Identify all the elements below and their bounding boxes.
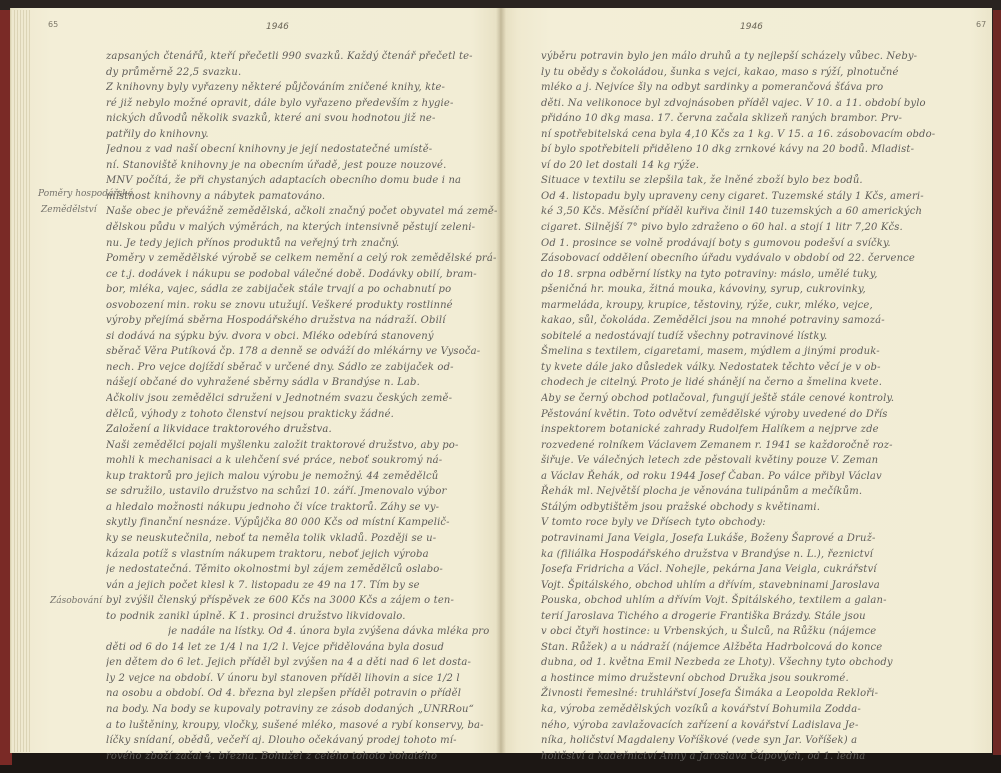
text-line: ké 3,50 Kčs. Měsíční příděl kuřiva činil… <box>541 204 935 220</box>
text-line: Vojt. Špitálského, obchod uhlím a dřívím… <box>541 578 935 594</box>
book-cover-edge-right <box>993 10 1001 755</box>
text-line: místnost knihovny a nábytek pamatováno. <box>106 189 498 205</box>
text-line: potravinami Jana Veigla, Josefa Lukáše, … <box>541 531 935 547</box>
text-line: a hostince mimo družstevní obchod Družka… <box>541 671 935 687</box>
text-line: terií Jaroslava Tichého a drogerie Frant… <box>541 609 935 625</box>
text-line: ka (filiálka Hospodářského družstva v Br… <box>541 547 935 563</box>
text-line: inspektorem botanické zahrady Rudolfem H… <box>541 422 935 438</box>
text-line: zapsaných čtenářů, kteří přečetli 990 sv… <box>106 49 498 65</box>
text-line: dělskou půdu v malých výměrách, na který… <box>106 220 498 236</box>
text-line: ce t.j. dodávek i nákupu se podobal vále… <box>106 267 498 283</box>
text-line: Pouska, obchod uhlím a dřívím Vojt. Špit… <box>541 593 935 609</box>
text-line: ré již nebylo možné opravit, dále bylo v… <box>106 96 498 112</box>
text-line: děti. Na velikonoce byl zdvojnásoben pří… <box>541 96 935 112</box>
text-line: mohli k mechanisaci a k ulehčení své prá… <box>106 453 498 469</box>
text-line: děti od 6 do 14 let ze 1/4 l na 1/2 l. V… <box>106 640 498 656</box>
text-line: si dodává na sýpku býv. dvora v obci. Ml… <box>106 329 498 345</box>
text-line: jen dětem do 6 let. Jejich příděl byl zv… <box>106 655 498 671</box>
text-line: šiřuje. Ve válečných letech zde pěstoval… <box>541 453 935 469</box>
text-line: MNV počítá, že při chystaných adaptacích… <box>106 173 498 189</box>
text-line: je nadále na lístky. Od 4. února byla zv… <box>168 624 498 640</box>
text-line: Od 1. prosince se volně prodávají boty s… <box>541 236 935 252</box>
text-line: cigaret. Silnější 7° pivo bylo zdraženo … <box>541 220 935 236</box>
text-line: to podnik zanikl úplně. K 1. prosinci dr… <box>106 609 498 625</box>
margin-note-supply: Zásobování <box>50 596 102 606</box>
text-line: ní spotřebitelská cena byla 4,10 Kčs za … <box>541 127 935 143</box>
text-line: výroby přejímá sběrna Hospodářského druž… <box>106 313 498 329</box>
right-page-year: 1946 <box>740 22 763 32</box>
text-line: ván a jejich počet klesl k 7. listopadu … <box>106 578 498 594</box>
text-line: dělců, výhody z tohoto členství nejsou p… <box>106 407 498 423</box>
text-line: osvobození min. roku se znovu utužují. V… <box>106 298 498 314</box>
text-line: holičství a kadeřnictví Anny a Jaroslava… <box>541 749 935 765</box>
text-line: rozvedené rolníkem Václavem Zemanem r. 1… <box>541 438 935 454</box>
text-line: bí bylo spotřebiteli přiděleno 10 dkg zr… <box>541 142 935 158</box>
text-line: a to luštěniny, kroupy, vločky, sušené m… <box>106 718 498 734</box>
text-line: sběrač Věra Putíková čp. 178 a denně se … <box>106 344 498 360</box>
text-line: a hledalo možnosti nákupu jednoho či víc… <box>106 500 498 516</box>
text-line: dy průměrně 22,5 svazku. <box>106 65 498 81</box>
text-line: byl zvýšil členský příspěvek ze 600 Kčs … <box>106 593 498 609</box>
text-line: rového zboží začal 4. března. Bohužel z … <box>106 749 498 765</box>
text-line: Pěstování květin. Toto odvětví zemědělsk… <box>541 407 935 423</box>
text-line: ní. Stanoviště knihovny je na obecním úř… <box>106 158 498 174</box>
text-line: níka, holičství Magdaleny Voříškové (ved… <box>541 733 935 749</box>
text-line: dubna, od 1. května Emil Nezbeda ze Lhot… <box>541 655 935 671</box>
text-line: líčky snídaní, obědů, večeří aj. Dlouho … <box>106 733 498 749</box>
text-line: Josefa Fridricha a Václ. Nohejle, pekárn… <box>541 562 935 578</box>
text-line: marmeláda, kroupy, krupice, těstoviny, r… <box>541 298 935 314</box>
text-line: Od 4. listopadu byly upraveny ceny cigar… <box>541 189 935 205</box>
text-line: kázala potíž s vlastním nákupem traktoru… <box>106 547 498 563</box>
text-line: pšeničná hr. mouka, žitná mouka, kávovin… <box>541 282 935 298</box>
left-page-year: 1946 <box>266 22 289 32</box>
text-line: Řehák ml. Největší plocha je věnována tu… <box>541 484 935 500</box>
margin-note-agriculture: Zemědělství <box>41 205 97 215</box>
text-line: Naši zemědělci pojali myšlenku založit t… <box>106 438 498 454</box>
text-line: Situace v textilu se zlepšila tak, že ln… <box>541 173 935 189</box>
text-line: Naše obec je převážně zemědělská, ačkoli… <box>106 204 498 220</box>
page-stack-edges <box>12 10 30 752</box>
text-line: Aby se černý obchod potlačoval, fungují … <box>541 391 935 407</box>
left-page-text: zapsaných čtenářů, kteří přečetli 990 sv… <box>106 49 498 764</box>
text-line: V tomto roce byly ve Dřísech tyto obchod… <box>541 515 935 531</box>
text-line: ly 2 vejce na období. V únoru byl stanov… <box>106 671 498 687</box>
text-line: nu. Je tedy jejich přínos produktů na ve… <box>106 236 498 252</box>
text-line: kakao, sůl, čokoláda. Zemědělci jsou na … <box>541 313 935 329</box>
text-line: chodech je citelný. Proto je lidé sháněj… <box>541 375 935 391</box>
text-line: v obci čtyři hostince: u Vrbenských, u Š… <box>541 624 935 640</box>
text-line: Z knihovny byly vyřazeny některé půjčová… <box>106 80 498 96</box>
text-line: skytly finanční nesnáze. Výpůjčka 80 000… <box>106 515 498 531</box>
text-line: sobitelé a nedostávají tudíž všechny pot… <box>541 329 935 345</box>
text-line: na body. Na body se kupovaly potraviny z… <box>106 702 498 718</box>
text-line: Stan. Růžek) a u nádraží (nájemce Alžbět… <box>541 640 935 656</box>
text-line: Založení a likvidace traktorového družst… <box>106 422 498 438</box>
text-line: nech. Pro vejce dojíždí sběrač v určené … <box>106 360 498 376</box>
text-line: ka, výroba zemědělských vozíků a kovářst… <box>541 702 935 718</box>
text-line: se sdružilo, ustavilo družstvo na schůzi… <box>106 484 498 500</box>
right-page-text: výběru potravin bylo jen málo druhů a ty… <box>541 49 935 764</box>
text-line: do 18. srpna odběrní lístky na tyto potr… <box>541 267 935 283</box>
text-line: mléko a j. Nejvíce šly na odbyt sardinky… <box>541 80 935 96</box>
text-line: Stálým odbytištěm jsou pražské obchody s… <box>541 500 935 516</box>
text-line: bor, mléka, vajec, sádla ze zabijaček st… <box>106 282 498 298</box>
text-line: výběru potravin bylo jen málo druhů a ty… <box>541 49 935 65</box>
text-line: patřily do knihovny. <box>106 127 498 143</box>
text-line: kup traktorů pro jejich malou výrobu je … <box>106 469 498 485</box>
text-line: Poměry v zemědělské výrobě se celkem nem… <box>106 251 498 267</box>
text-line: Živnosti řemeslné: truhlářství Josefa Ši… <box>541 686 935 702</box>
text-line: ky se neuskutečnila, neboť ta neměla tol… <box>106 531 498 547</box>
text-line: ví do 20 let dostali 14 kg rýže. <box>541 158 935 174</box>
right-page-number: 67 <box>976 20 986 29</box>
text-line: ly tu obědy s čokoládou, šunka s vejci, … <box>541 65 935 81</box>
text-line: Zásobovací oddělení obecního úřadu vydáv… <box>541 251 935 267</box>
text-line: Ačkoliv jsou zemědělci sdruženi v Jednot… <box>106 391 498 407</box>
text-line: ného, výroba zavlažovacích zařízení a ko… <box>541 718 935 734</box>
text-line: Jednou z vad naší obecní knihovny je jej… <box>106 142 498 158</box>
text-line: a Václav Řehák, od roku 1944 Josef Čaban… <box>541 469 935 485</box>
text-line: přidáno 10 dkg masa. 17. června začala s… <box>541 111 935 127</box>
text-line: ty kvete dále jako důsledek války. Nedos… <box>541 360 935 376</box>
text-line: je nedostatečná. Těmito okolnostmi byl z… <box>106 562 498 578</box>
text-line: nášejí občané do vyhražené sběrny sádla … <box>106 375 498 391</box>
text-line: nických důvodů několik svazků, které ani… <box>106 111 498 127</box>
text-line: Šmelina s textilem, cigaretami, masem, m… <box>541 344 935 360</box>
left-page-number: 65 <box>48 20 58 29</box>
text-line: na osobu a období. Od 4. března byl zlep… <box>106 686 498 702</box>
